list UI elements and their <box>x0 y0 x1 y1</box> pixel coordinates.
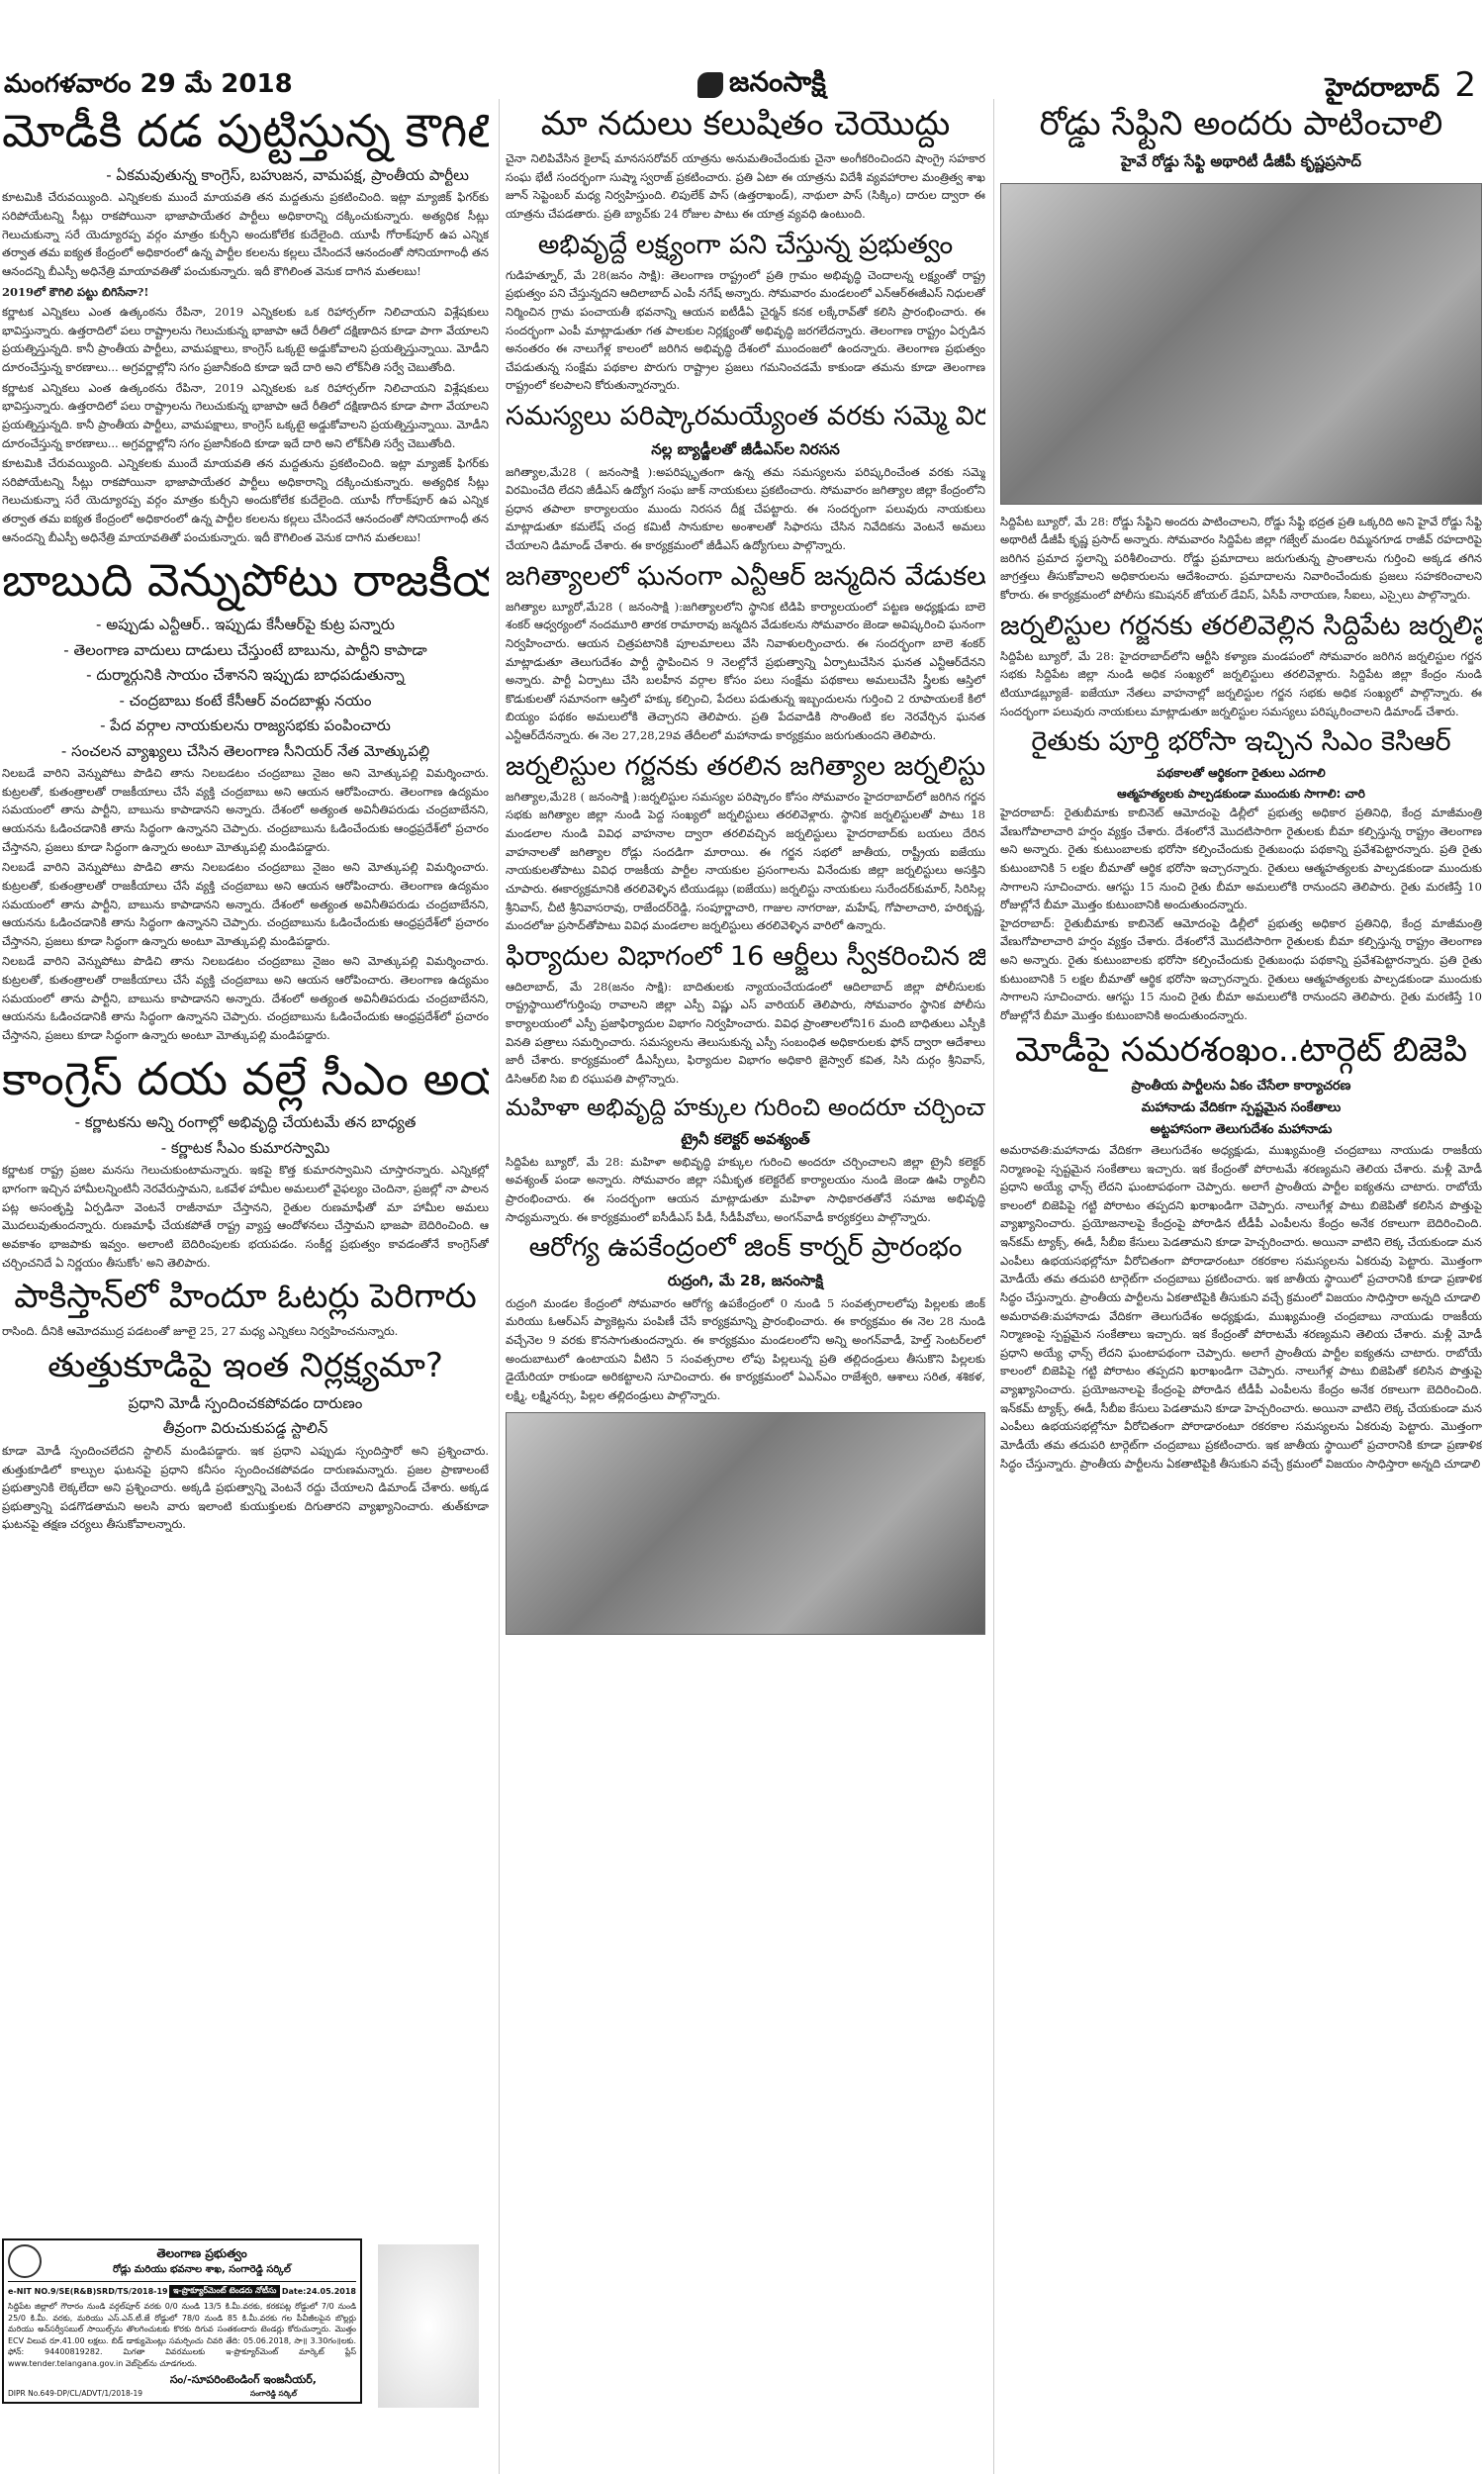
article-body: కూటమికి చేరువయ్యింది. ఎన్నికలకు ముందే మా… <box>2 188 489 546</box>
article-ntr-birthday: జగిత్యాలలో ఘనంగా ఎన్టీఆర్ జన్మదిన వేడుకల… <box>506 561 985 745</box>
subhead: ఆత్మహత్యలకు పాల్పడకుండా ముందుకు సాగాలి: … <box>1000 784 1482 804</box>
headline: మా నదులు కలుషితం చెయొద్దు <box>506 105 985 143</box>
headline: తుత్తుకూడిపై ఇంత నిర్లక్ష్యమా? <box>2 1347 489 1385</box>
article-body: చైనా నిలిపివేసిన కైలాష్ మానససరోవర్ యాత్ర… <box>506 149 985 224</box>
article-kcr-farmers: రైతుకు పూర్తి భరోసా ఇచ్చిన సిఎం కెసిఆర్ … <box>1000 726 1482 1024</box>
article-road-safety: రోడ్డు సేఫ్టిని అందరు పాటించాలి హైవే రోడ… <box>1000 105 1482 605</box>
article-kumaraswamy: కాంగ్రెస్ దయ వల్లే సీఎం అయ్యాను - కర్ణాట… <box>2 1053 489 1273</box>
ad-header: తెలంగాణ ప్రభుత్వం రోడ్లు మరియు భవనాల శాఖ… <box>8 2244 356 2282</box>
headline: అభివృద్దే లక్ష్యంగా పని చేస్తున్న ప్రభుత… <box>506 230 985 260</box>
subhead: అట్టహాసంగా తెలుగుదేశం మహానాడు <box>1000 1119 1482 1141</box>
bullet: - తెలంగాణ వాదులు దాడులు చేస్తుంటే బాబును… <box>2 638 489 664</box>
headline: సమస్యలు పరిష్కారమయ్యేంత వరకు సమ్మె విరమి… <box>506 401 985 431</box>
notice-label: ఇ-ప్రొక్యూర్‌మెంట్ టెండరు నోటీసు <box>169 2285 280 2298</box>
article-body: సిద్దిపేట బ్యూరో, మే 28: హైదరాబాద్‌లోని … <box>1000 647 1482 721</box>
bullet-list: - అప్పుడు ఎన్టీఆర్.. ఇప్పుడు కేసీఆర్‌పై … <box>2 613 489 764</box>
dateline: రుద్రంగి, మే 28, జనంసాక్షి <box>506 1269 985 1294</box>
bullet: - అప్పుడు ఎన్టీఆర్.. ఇప్పుడు కేసీఆర్‌పై … <box>2 613 489 638</box>
bullet: - సంచలన వ్యాఖ్యలు చేసిన తెలంగాణ సీనియర్ … <box>2 739 489 765</box>
article-body: సిద్దిపేట బ్యూరో, మే 28: మహిళా అభివృద్ధి… <box>506 1153 985 1227</box>
headline: మోడీకి దడ పుట్టిస్తున్న కౌగిలి <box>2 105 489 157</box>
subhead: - కర్ణాటకను అన్ని రంగాల్లో అభివృద్ధి చేయ… <box>2 1110 489 1136</box>
subhead: ట్రైనీ కలెక్టర్ అవశ్యంత్ <box>506 1127 985 1153</box>
article-body: రుద్రంగి మండల కేంద్రంలో సోమవారం ఆరోగ్య ఉ… <box>506 1294 985 1405</box>
bullet: - చంద్రబాబు కంటే కేసీఆర్ వందబాళ్లు నయం <box>2 689 489 714</box>
column-left: మోడీకి దడ పుట్టిస్తున్న కౌగిలి - ఏకమవుతు… <box>2 99 489 2474</box>
dipr-number: DIPR No.649-DP/CL/ADVT/1/2018-19 <box>8 2389 142 2400</box>
paragraph-continued: నిలబడే వారిని వెన్నుపోటు పొడిచి తాను నిల… <box>2 858 489 950</box>
subhead: ప్రధాని మోడీ స్పందించకపోవడం దారుణం <box>2 1391 489 1417</box>
paragraph-continued: కర్ణాటక ఎన్నికలు ఎంత ఉత్కంఠను రేపినా, 20… <box>2 379 489 453</box>
kicker: 2019లో కౌగిలి పట్టు బిగిసేనా?! <box>2 283 489 302</box>
headline: ఆరోగ్య ఉపకేంద్రంలో జింక్ కార్నర్ ప్రారంభ… <box>506 1232 985 1263</box>
headline: జర్నలిస్టుల గర్జనకు తరలివెల్లిన సిద్దిపే… <box>1000 611 1482 641</box>
tender-notice-ad: తెలంగాణ ప్రభుత్వం రోడ్లు మరియు భవనాల శాఖ… <box>2 2238 362 2404</box>
article-body: కర్ణాటక రాష్ట్ర ప్రజల మనసు గెలుచుకుంటామన… <box>2 1161 489 1272</box>
notice-date: Date:24.05.2018 <box>282 2287 356 2296</box>
signature-place: సంగారెడ్డి సర్కిల్ <box>250 2389 356 2400</box>
article-modi-alliance: మోడీకి దడ పుట్టిస్తున్న కౌగిలి - ఏకమవుతు… <box>2 105 489 546</box>
ad-title: తెలంగాణ ప్రభుత్వం <box>47 2246 356 2263</box>
article-body-continued: అమరావతి:మహానాడు వేదికగా తెలుగుదేశం అధ్యక… <box>1000 1307 1482 1474</box>
headline: జగిత్యాలలో ఘనంగా ఎన్టీఆర్ జన్మదిన వేడుకల… <box>506 561 985 592</box>
subhead: ప్రాంతీయ పార్టీలను ఏకం చేసేలా కార్యాచరణ <box>1000 1076 1482 1097</box>
headline: బాబుది వెన్నుపోటు రాజకీయం <box>2 554 489 607</box>
subhead: నల్ల బ్యాడ్జీలతో జీడీఎస్‌ల నిరసన <box>506 437 985 463</box>
subhead: హైవే రోడ్డు సేఫ్టి అథారిటీ డీజీపీ కృష్ణప… <box>1000 149 1482 175</box>
article-body: సిద్దిపేట బ్యూరో, మే 28: రోడ్డు సేఫ్టిని… <box>1000 513 1482 605</box>
subhead: తీవ్రంగా విరుచుకుపడ్డ స్టాలిన్ <box>2 1416 489 1442</box>
article-body: కూడా మోడీ స్పందించలేదని స్టాలిన్ మండిపడ్… <box>2 1442 489 1534</box>
article-jagtial-journalists: జర్నలిస్టుల గర్జనకు తరలిన జగిత్యాల జర్నల… <box>506 751 985 935</box>
headline: మహిళా అభివృద్ది హక్కుల గురించి అందరూ చర్… <box>506 1095 985 1122</box>
ad-department: రోడ్లు మరియు భవనాల శాఖ, సంగారెడ్డి సర్కి… <box>47 2263 356 2277</box>
headline: రోడ్డు సేఫ్టిని అందరు పాటించాలి <box>1000 105 1482 143</box>
paragraph: కర్ణాటక ఎన్నికలు ఎంత ఉత్కంఠను రేపినా, 20… <box>2 303 489 377</box>
article-gds-strike: సమస్యలు పరిష్కారమయ్యేంత వరకు సమ్మె విరమి… <box>506 401 985 555</box>
article-babu-politics: బాబుది వెన్నుపోటు రాజకీయం - అప్పుడు ఎన్ట… <box>2 554 489 1044</box>
article-siddipet-journalists: జర్నలిస్టుల గర్జనకు తరలివెల్లిన సిద్దిపే… <box>1000 611 1482 721</box>
ad-body: సిద్దిపేట జిల్లాలో గౌరారం నుండి వర్గల్‌ప… <box>8 2301 356 2370</box>
blank-ad-space <box>378 2244 479 2408</box>
column-middle: మా నదులు కలుషితం చెయొద్దు చైనా నిలిపివేస… <box>499 99 985 2474</box>
article-mahanadu: మోడీపై సమరశంఖం..టార్గెట్ బిజెపి ప్రాంతీయ… <box>1000 1031 1482 1474</box>
subhead: - కర్ణాటక సీఎం కుమారస్వామి <box>2 1136 489 1162</box>
government-seal-icon <box>8 2244 42 2278</box>
ad-signature: సం/-సూపరింటెండింగ్ ఇంజనీయర్, <box>8 2373 356 2389</box>
column-right: రోడ్డు సేఫ్టిని అందరు పాటించాలి హైవే రోడ… <box>993 99 1482 2474</box>
article-body: జగిత్యాల,మే28 ( జనంసాక్షి ):అపరిష్కృతంగా… <box>506 463 985 555</box>
ad-meta-row: e-NIT NO.9/SE(R&B)SRD/TS/2018-19 ఇ-ప్రొక… <box>8 2285 356 2298</box>
article-body: ఆదిలాబాద్, మే 28(జనం సాక్షి): బాదితులకు … <box>506 978 985 1089</box>
bullet: - దుర్మార్గునికి సాయం చేశానని ఇప్పుడు బా… <box>2 663 489 689</box>
article-body: హైదరాబాద్: రైతుబీమాకు కాబినెట్ ఆమోదంపై డ… <box>1000 804 1482 914</box>
article-body-continued: హైదరాబాద్: రైతుబీమాకు కాబినెట్ ఆమోదంపై డ… <box>1000 914 1482 1025</box>
article-body: జగిత్యాల,మే28 ( జనంసాక్షి ):జర్నలిస్టుల … <box>506 788 985 935</box>
zinc-corner-photo <box>506 1412 985 1635</box>
paragraph: నిలబడే వారిని వెన్నుపోటు పొడిచి తాను నిల… <box>2 764 489 856</box>
article-body: నిలబడే వారిని వెన్నుపోటు పొడిచి తాను నిల… <box>2 764 489 1044</box>
article-body: గుడిహత్నూర్, మే 28(జనం సాక్షి): తెలంగాణ … <box>506 266 985 395</box>
headline: రైతుకు పూర్తి భరోసా ఇచ్చిన సిఎం కెసిఆర్ <box>1000 726 1482 757</box>
logo-mark-icon <box>697 72 723 98</box>
article-body: అమరావతి:మహానాడు వేదికగా తెలుగుదేశం అధ్యక… <box>1000 1141 1482 1307</box>
paragraph-continued: నిలబడే వారిని వెన్నుపోటు పొడిచి తాను నిల… <box>2 952 489 1044</box>
road-accident-photo <box>1000 183 1482 505</box>
article-women-rights: మహిళా అభివృద్ది హక్కుల గురించి అందరూ చర్… <box>506 1095 985 1227</box>
article-pakistan-voters: పాకిస్తాన్‌లో హిందూ ఓటర్లు పెరిగారు రాసి… <box>2 1278 489 1341</box>
article-tuticorin: తుత్తుకూడిపై ఇంత నిర్లక్ష్యమా? ప్రధాని మ… <box>2 1347 489 1534</box>
paragraph: కూటమికి చేరువయ్యింది. ఎన్నికలకు ముందే మా… <box>2 188 489 280</box>
headline: మోడీపై సమరశంఖం..టార్గెట్ బిజెపి <box>1000 1031 1482 1070</box>
bullet: - పేద వర్గాల నాయకులను రాజ్యసభకు పంపించార… <box>2 714 489 739</box>
subhead: పథకాలతో ఆర్థికంగా రైతులు ఎదగాలి <box>1000 763 1482 783</box>
headline: ఫిర్యాదుల విభాగంలో 16 ఆర్జీలు స్వీకరించి… <box>506 941 985 972</box>
article-sp-complaints: ఫిర్యాదుల విభాగంలో 16 ఆర్జీలు స్వీకరించి… <box>506 941 985 1089</box>
headline: పాకిస్తాన్‌లో హిందూ ఓటర్లు పెరిగారు <box>2 1278 489 1316</box>
headline: జర్నలిస్టుల గర్జనకు తరలిన జగిత్యాల జర్నల… <box>506 751 985 782</box>
nit-number: e-NIT NO.9/SE(R&B)SRD/TS/2018-19 <box>8 2287 168 2296</box>
headline: కాంగ్రెస్ దయ వల్లే సీఎం అయ్యాను <box>2 1053 489 1105</box>
article-body: రాసింది. దీనికి ఆమోదముద్ర పడటంతో జూలై 25… <box>2 1322 489 1341</box>
article-development-govt: అభివృద్దే లక్ష్యంగా పని చేస్తున్న ప్రభుత… <box>506 230 985 395</box>
paragraph-continued: కూటమికి చేరువయ్యింది. ఎన్నికలకు ముందే మా… <box>2 454 489 546</box>
article-zinc-corner: ఆరోగ్య ఉపకేంద్రంలో జింక్ కార్నర్ ప్రారంభ… <box>506 1232 985 1635</box>
article-body: జగిత్యాల బ్యూరో,మే28 ( జనంసాక్షి ):జగిత్… <box>506 598 985 745</box>
subhead: - ఏకమవుతున్న కాంగ్రెస్, బహుజన, వామపక్ష, … <box>2 163 489 189</box>
masthead: మంగళవారం 29 మే 2018 జనంసాక్షి హైదరాబాద్ … <box>0 0 1484 94</box>
article-rivers: మా నదులు కలుషితం చెయొద్దు చైనా నిలిపివేస… <box>506 105 985 224</box>
subhead: మహానాడు వేదికగా స్పష్టమైన సంకేతాలు <box>1000 1097 1482 1119</box>
